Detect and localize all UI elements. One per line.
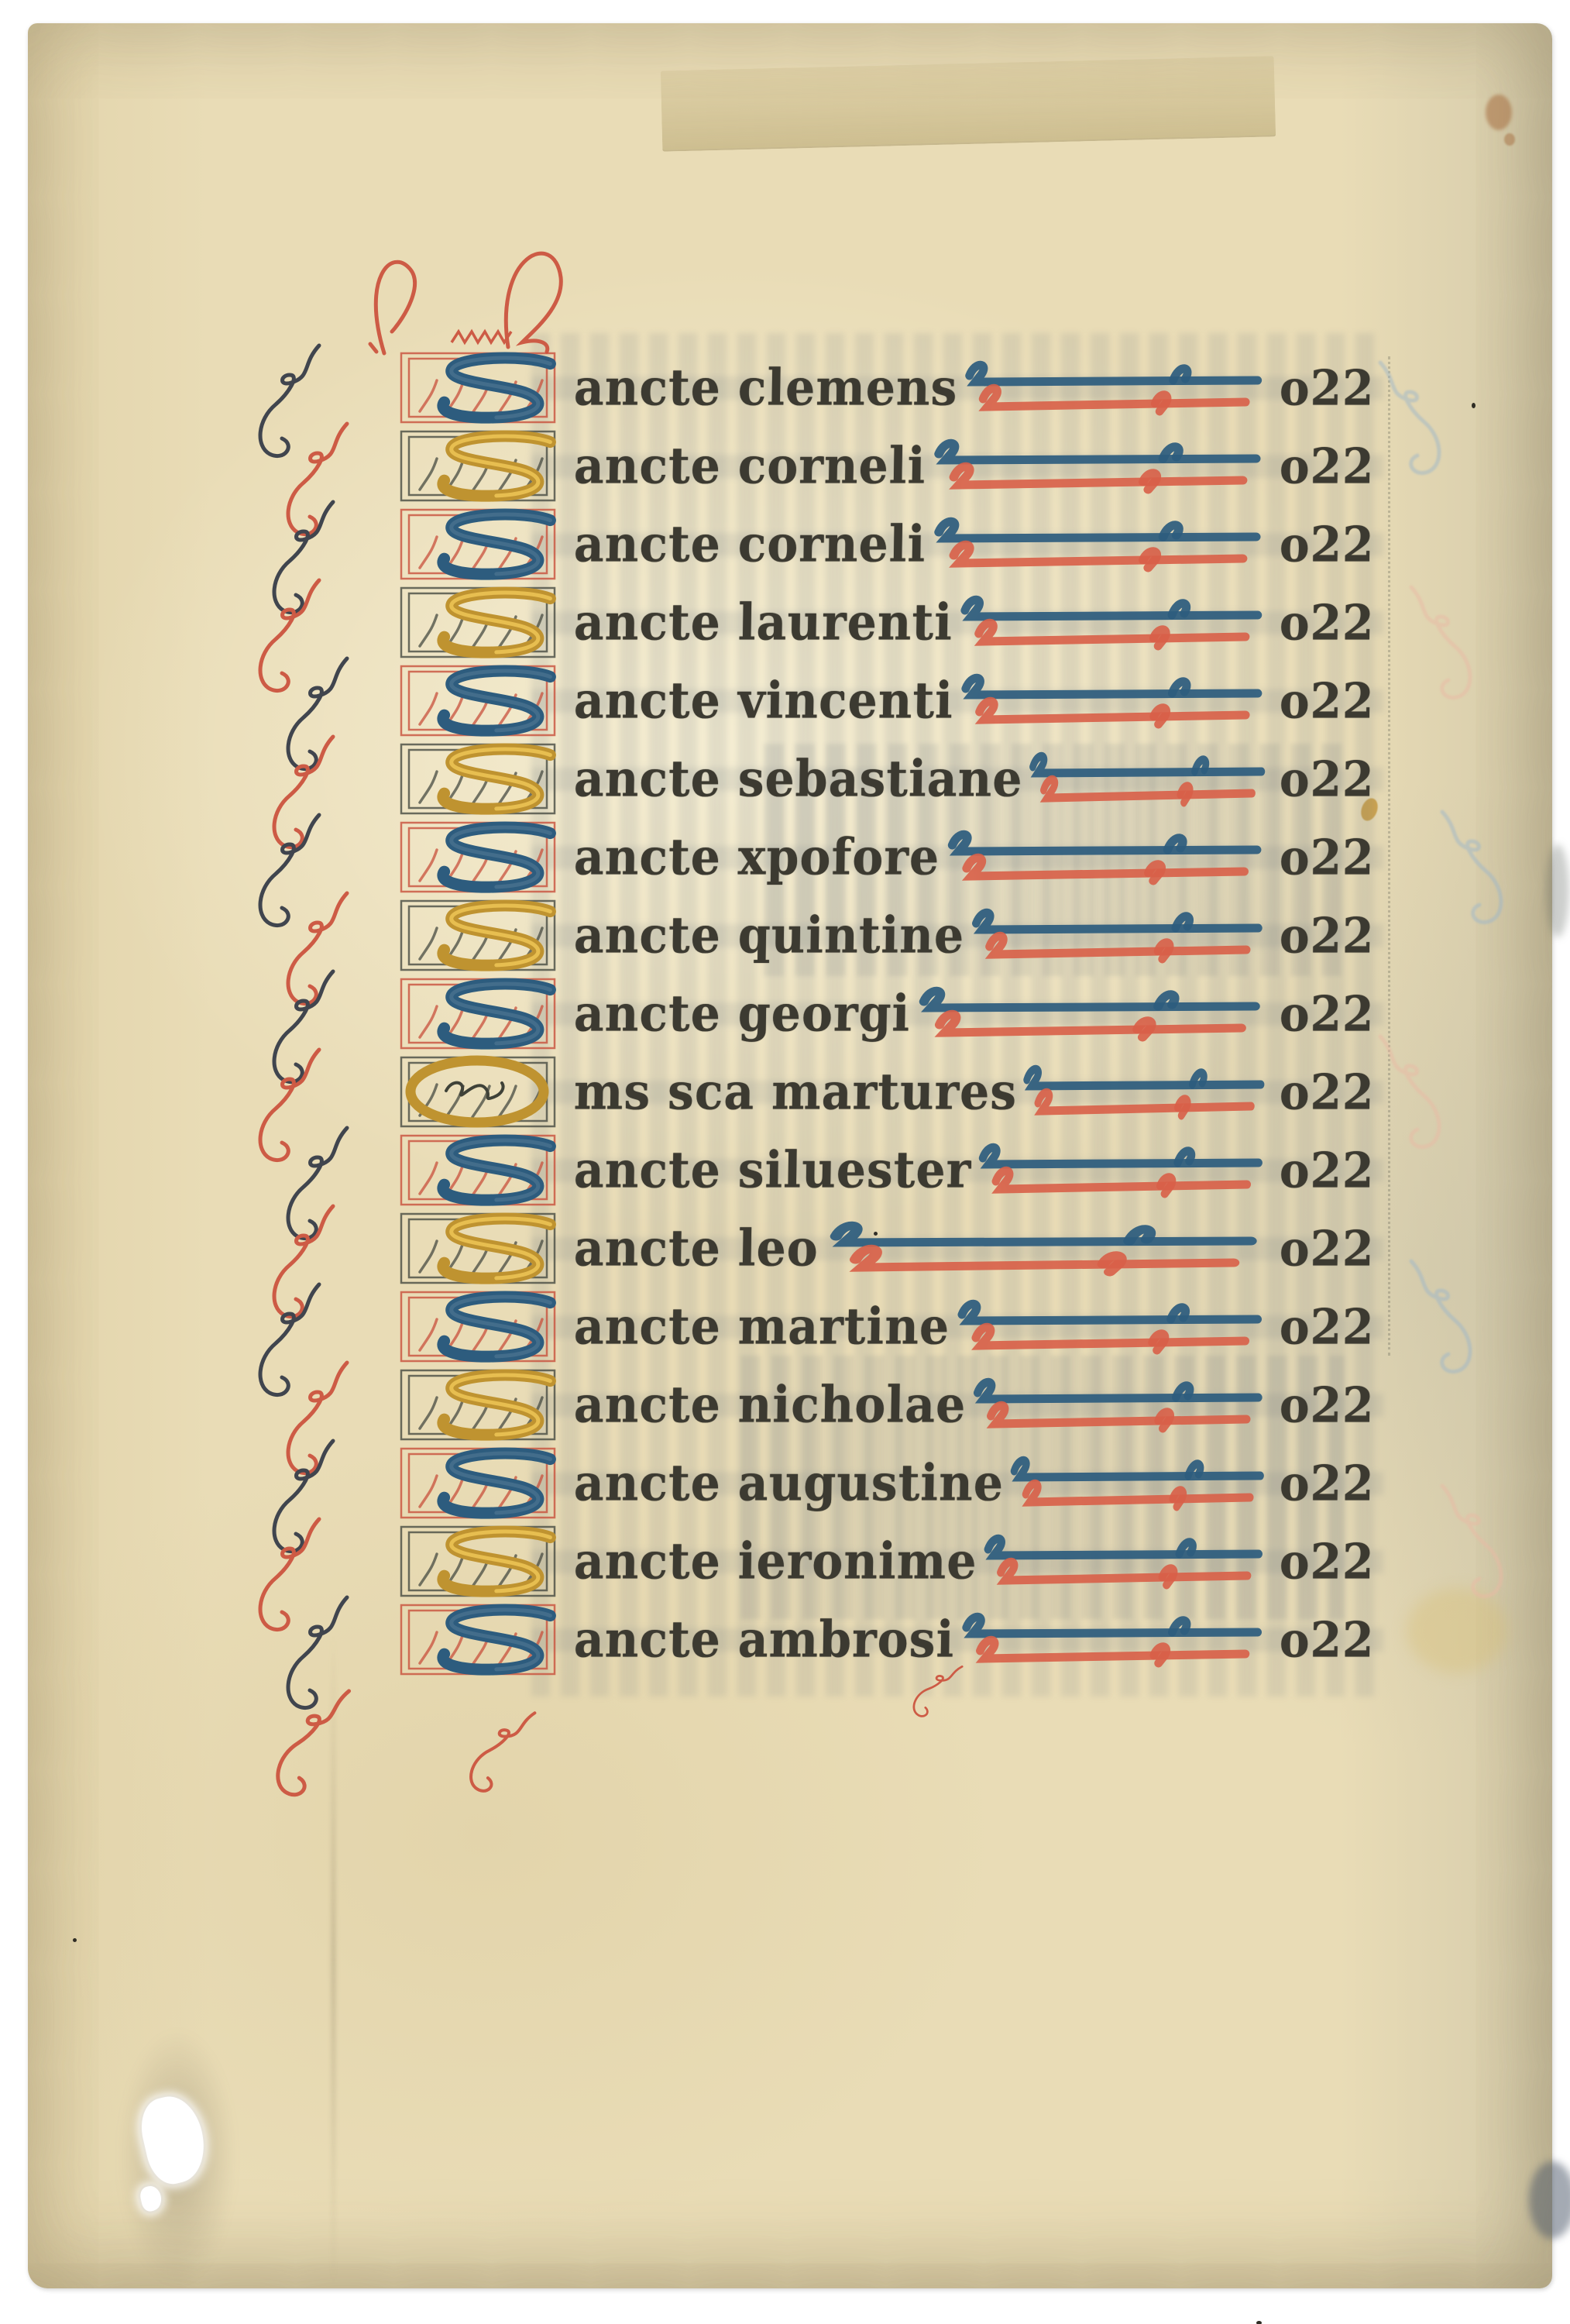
line-filler [910,975,1274,1052]
litany-line: ms sca martures o22 [390,1053,1374,1131]
litany-line: ancte augustine o22 [390,1444,1374,1522]
line-text: ancte corneli [572,515,926,574]
line-filler [953,662,1275,739]
litany-line: ancte georgi o22 [390,975,1374,1053]
decorated-initial [390,897,572,974]
line-filler [966,1367,1274,1443]
decorated-initial [390,975,572,1052]
line-filler [977,1523,1274,1600]
ink-smudge [1529,2161,1570,2239]
line-text: ancte nicholae [572,1376,966,1435]
line-text: ancte clemens [572,359,958,418]
line-text: ancte augustine [572,1454,1004,1513]
penwork-zigzag [450,327,520,347]
line-text: ancte ambrosi [572,1611,955,1669]
line-response: o22 [1279,1220,1375,1277]
margin-cadel-flourish [1391,1255,1478,1388]
decorated-initial [390,428,572,504]
line-text: ancte vincenti [572,672,953,731]
brown-stain [1486,95,1512,130]
manuscript-page: ancte clemens o22 ancte corneli [28,23,1552,2288]
line-filler [926,506,1274,583]
brown-stain [1504,133,1515,146]
ink-speck [1256,2321,1262,2324]
margin-cadel-flourish [1422,1480,1509,1613]
line-response: o22 [1279,1298,1375,1355]
decorated-initial [390,819,572,896]
decorated-initial [390,1288,572,1365]
line-filler [971,1132,1274,1208]
line-filler [964,897,1274,974]
litany-line: ancte vincenti o22 [390,662,1374,740]
line-text: ancte quintine [572,906,964,965]
litany-line: ancte clemens o22 [390,349,1374,427]
line-filler [1017,1054,1274,1130]
line-response: o22 [1279,1533,1375,1590]
line-text: ancte martine [572,1298,950,1356]
litany-line: ancte siluester o22 [390,1131,1374,1209]
decorated-initial [390,1210,572,1287]
litany-line: ancte nicholae o22 [390,1366,1374,1444]
litany-line: ancte ambrosi o22 [390,1600,1374,1679]
ink-speck [1472,403,1476,408]
line-response: o22 [1279,907,1375,964]
ink-speck [73,1938,77,1942]
line-filler [950,1288,1275,1365]
tape-residue [661,56,1276,151]
litany-line: ancte laurenti o22 [390,583,1374,662]
litany-line: ancte xpofore o22 [390,818,1374,896]
decorated-initial [390,584,572,661]
line-response: o22 [1279,1611,1375,1668]
line-response: o22 [1279,1377,1375,1433]
line-response: o22 [1279,1455,1375,1511]
decorated-initial [390,349,572,426]
line-text: ancte corneli [572,437,926,496]
line-text: ancte sebastiane [572,750,1023,809]
line-text: ancte georgi [572,985,911,1043]
line-text: ancte ieronime [572,1532,977,1591]
line-filler [940,819,1274,896]
line-text: ms sca martures [572,1063,1017,1122]
litany-text-block: ancte clemens o22 ancte corneli [390,349,1374,1679]
decorated-initial [390,1601,572,1678]
line-response: o22 [1279,359,1375,416]
margin-cadel-flourish [266,1676,370,1820]
line-response: o22 [1279,672,1375,729]
gray-smudge [1546,844,1569,937]
decorated-initial [390,662,572,739]
litany-line: ancte martine o22 [390,1287,1374,1366]
decorated-initial [390,1132,572,1208]
line-text: ancte leo [572,1219,819,1278]
scan-background: ancte clemens o22 ancte corneli [0,0,1570,2324]
line-text: ancte laurenti [572,593,953,652]
line-filler [954,1601,1274,1678]
litany-line: ancte corneli o22 [390,505,1374,583]
line-filler [819,1210,1275,1287]
line-response: o22 [1279,438,1375,494]
line-filler [957,349,1274,426]
initial-o-glyph [411,1061,544,1122]
decorated-initial [390,506,572,583]
line-response: o22 [1279,829,1375,885]
decorated-initial [390,1054,572,1130]
decorated-initial [390,1523,572,1600]
line-filler [1023,741,1275,817]
litany-line: ancte leo o22 [390,1209,1374,1287]
litany-line: ancte quintine o22 [390,896,1374,975]
line-response: o22 [1279,1142,1375,1198]
margin-cadel-flourish [1422,806,1509,939]
litany-line: ancte sebastiane o22 [390,740,1374,818]
line-filler [1004,1445,1275,1521]
margin-cadel-flourish [1391,581,1478,714]
line-filler [926,428,1274,504]
decorated-initial [390,1445,572,1521]
line-text: ancte xpofore [572,828,940,887]
line-text: ancte siluester [572,1141,971,1200]
litany-line: ancte corneli o22 [390,427,1374,505]
line-filler [953,584,1275,661]
litany-line: ancte ieronime o22 [390,1522,1374,1600]
line-response: o22 [1279,751,1375,807]
decorated-initial [390,741,572,817]
decorated-initial [390,1367,572,1443]
line-response: o22 [1279,516,1375,572]
line-response: o22 [1279,1064,1375,1120]
line-response: o22 [1279,985,1375,1042]
line-response: o22 [1279,594,1375,651]
margin-cadel-flourish [459,1695,551,1815]
parchment-crease [1388,356,1390,1356]
